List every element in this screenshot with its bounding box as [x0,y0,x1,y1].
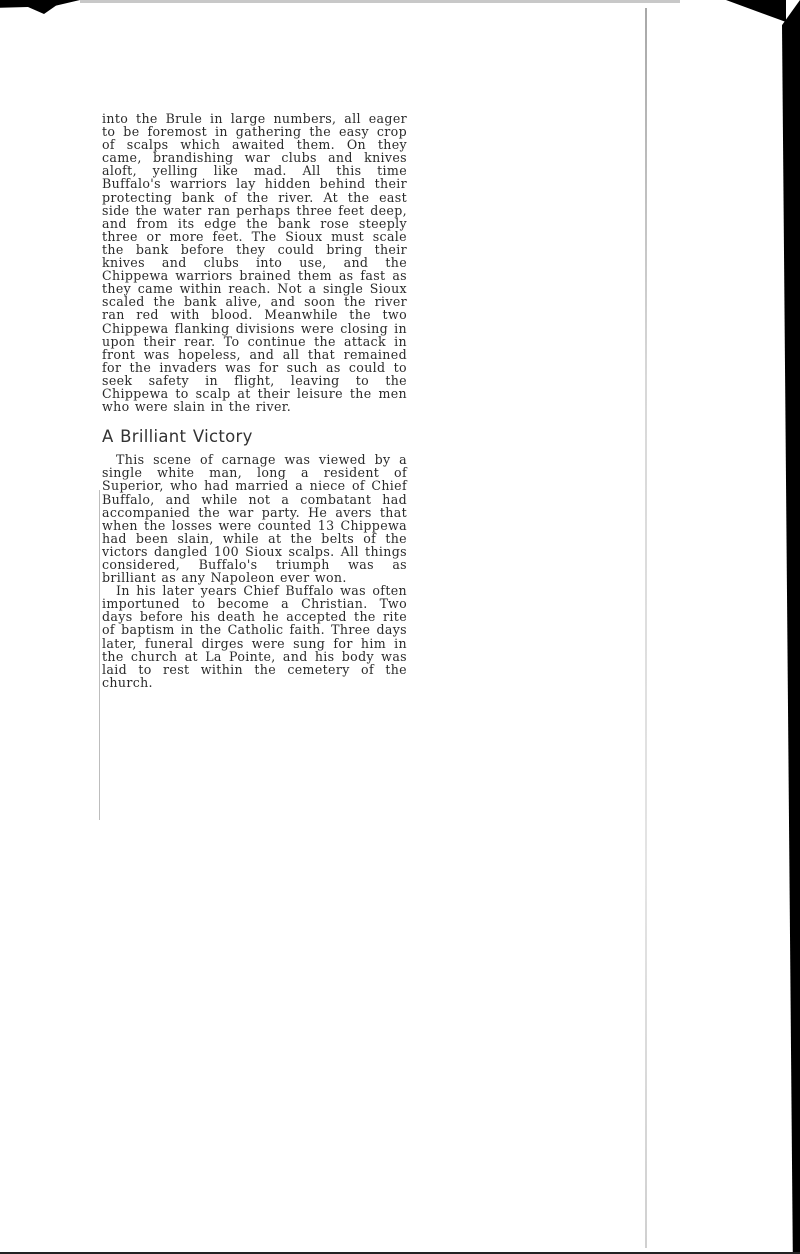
scan-border-top-right [726,0,786,22]
scan-border-right [782,0,800,1254]
scan-border-top [80,0,680,3]
article-column: into the Brule in large numbers, all eag… [102,112,407,689]
column-margin-rule [99,490,100,820]
article-paragraph-3: In his later years Chief Buffalo was oft… [102,584,407,689]
page-fold-line [645,8,647,1248]
scan-border-top-left [0,0,80,14]
article-paragraph-2: This scene of carnage was viewed by a si… [102,453,407,584]
article-subheading: A Brilliant Victory [102,430,407,443]
article-paragraph-1: into the Brule in large numbers, all eag… [102,112,407,413]
